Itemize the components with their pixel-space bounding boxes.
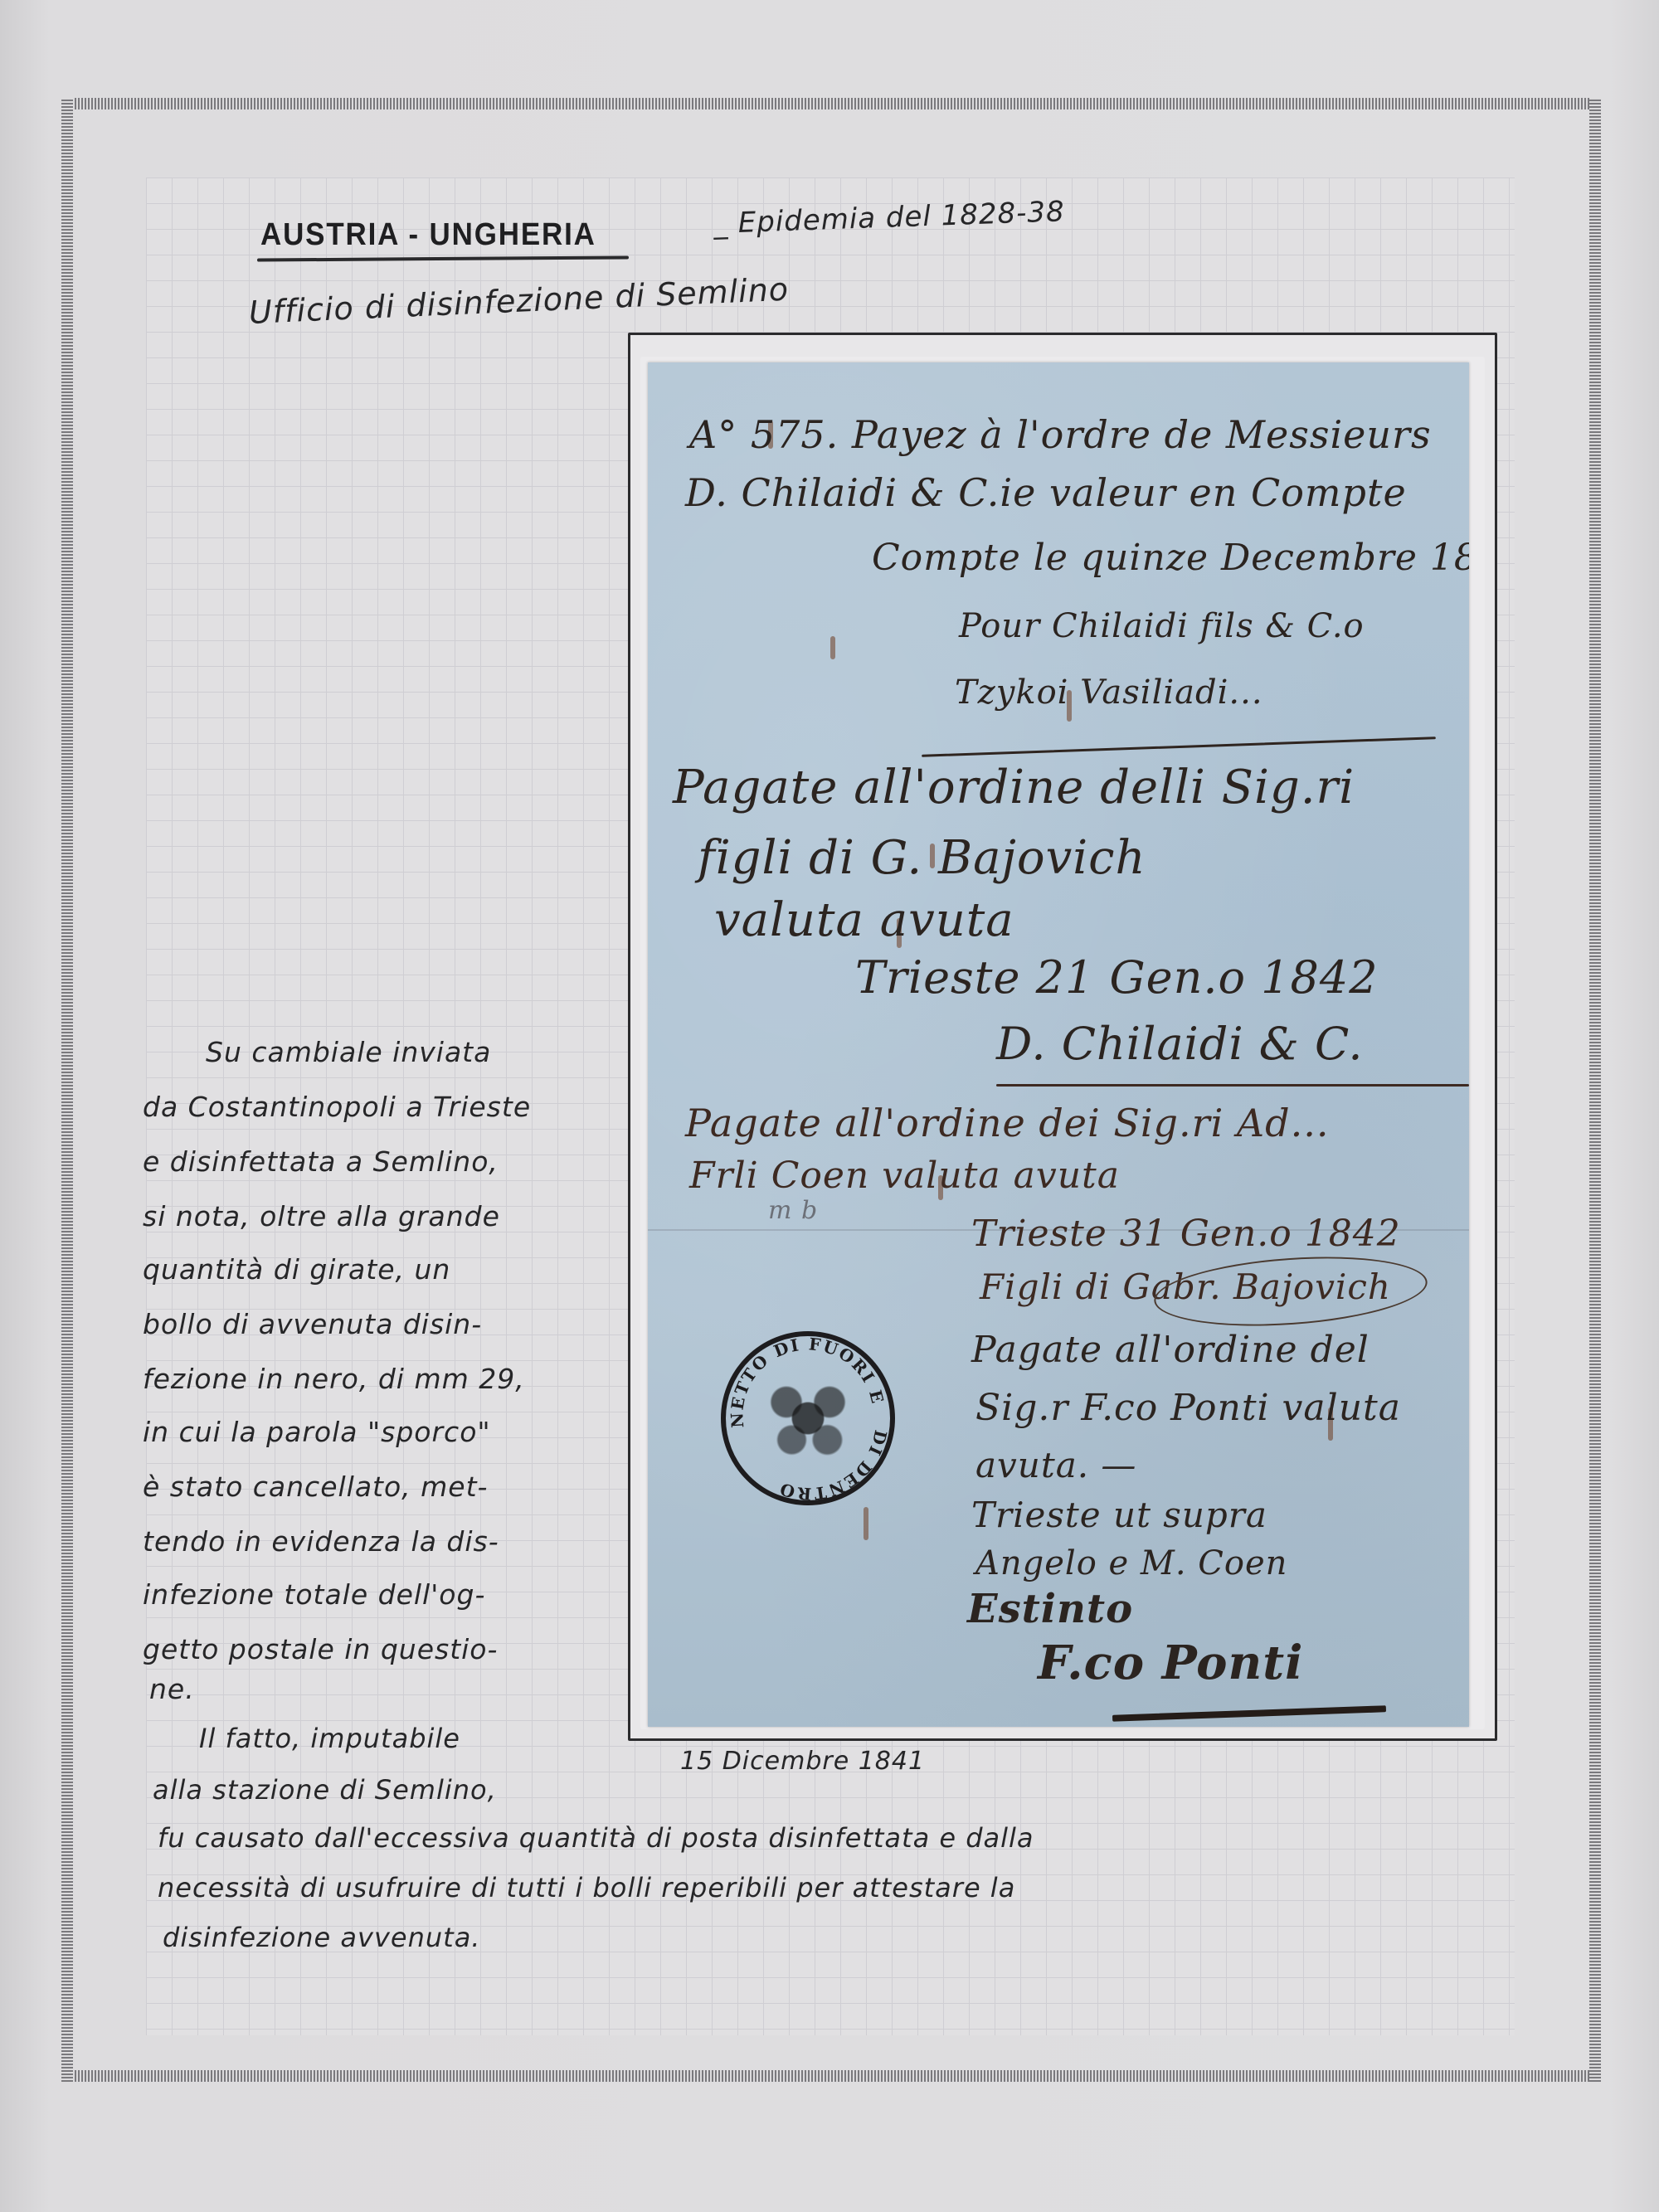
pencil-note: m b — [768, 1196, 818, 1225]
signature-stroke — [1112, 1705, 1386, 1722]
endorsement-3-line-1: Pagate all'ordine dei Sig.ri Ad... — [685, 1101, 1329, 1145]
description-line: fezione in nero, di mm 29, — [143, 1365, 525, 1393]
description-line: quantità di girate, un — [143, 1256, 450, 1283]
frame-border-bottom — [61, 2070, 1601, 2082]
description-line: disinfezione avvenuta. — [163, 1924, 480, 1951]
description-line: Su cambiale inviata — [206, 1038, 491, 1066]
description-line: Il fatto, imputabile — [199, 1725, 460, 1752]
ink-stain — [864, 1507, 868, 1540]
description-line: getto postale in questio- — [143, 1636, 498, 1663]
flourish-line — [922, 737, 1436, 757]
document-date-caption: 15 Dicembre 1841 — [680, 1747, 925, 1776]
svg-text:DI DENTRO: DI DENTRO — [776, 1428, 890, 1500]
seal-text-bottom: DI DENTRO — [776, 1428, 890, 1500]
endorsement-1-line-1: A° 575. Payez à l'ordre de Messieurs — [689, 412, 1432, 457]
description-line: si nota, oltre alla grande — [143, 1203, 500, 1230]
endorsement-4-line-3: avuta. — — [975, 1445, 1136, 1485]
seal-text-ring: NETTO DI FUORI E DI DENTRO — [726, 1336, 890, 1500]
description-line: è stato cancellato, met- — [143, 1473, 488, 1500]
endorsement-1-line-2: D. Chilaidi & C.ie valeur en Compte — [685, 470, 1407, 515]
signature-underline — [996, 1084, 1469, 1087]
frame-border-right — [1589, 98, 1601, 2082]
description-line: da Costantinopoli a Trieste — [143, 1093, 531, 1121]
description-line: tendo in evidenza la dis- — [143, 1528, 499, 1555]
bill-of-exchange: A° 575. Payez à l'ordre de Messieurs D. … — [648, 362, 1469, 1727]
ink-stain — [830, 636, 835, 659]
endorsement-2-line-4: Trieste 21 Gen.o 1842 — [855, 951, 1379, 1004]
endorsement-4-line-6: Estinto — [967, 1586, 1133, 1632]
endorsement-1-line-4: Pour Chilaidi fils & C.o — [959, 607, 1365, 645]
frame-border-left — [61, 98, 73, 2082]
frame-border-top — [61, 98, 1601, 109]
endorsement-2-line-3: valuta avuta — [714, 893, 1014, 947]
endorsement-2-line-1: Pagate all'ordine delli Sig.ri — [673, 761, 1355, 814]
endorsement-1-line-5: Tzykoi Vasiliadi... — [955, 673, 1263, 712]
endorsement-1-line-3: Compte le quinze Decembre 1841 — [872, 537, 1469, 579]
page-title: AUSTRIA - UNGHERIA — [260, 217, 596, 253]
disinfection-seal: NETTO DI FUORI E DI DENTRO — [721, 1331, 895, 1505]
endorsement-4-line-5: Angelo e M. Coen — [975, 1544, 1287, 1582]
endorsement-4-signature: F.co Ponti — [1038, 1636, 1303, 1690]
signature-oval — [1152, 1249, 1430, 1334]
description-line: in cui la parola "sporco" — [143, 1418, 491, 1446]
description-line: ne. — [149, 1675, 195, 1703]
description-line: bollo di avvenuta disin- — [143, 1310, 482, 1338]
description-line: fu causato dall'eccessiva quantità di po… — [158, 1825, 1034, 1851]
svg-text:NETTO DI FUORI E: NETTO DI FUORI E — [727, 1336, 888, 1428]
endorsement-4-line-2: Sig.r F.co Ponti valuta — [975, 1387, 1401, 1429]
endorsement-2-line-5: D. Chilaidi & C. — [996, 1018, 1364, 1070]
endorsement-3-line-3: Trieste 31 Gen.o 1842 — [971, 1213, 1401, 1255]
endorsement-3-line-2: Frli Coen valuta avuta — [689, 1155, 1120, 1197]
description-line: e disinfettata a Semlino, — [143, 1148, 499, 1175]
endorsement-2-line-2: figli di G. Bajovich — [698, 831, 1146, 885]
endorsement-4-line-1: Pagate all'ordine del — [971, 1329, 1370, 1371]
description-line: infezione totale dell'og- — [143, 1581, 485, 1608]
description-line: necessità di usufruire di tutti i bolli … — [158, 1874, 1015, 1901]
seal-text-top: NETTO DI FUORI E — [727, 1336, 888, 1428]
description-line: alla stazione di Semlino, — [153, 1777, 497, 1803]
endorsement-4-line-4: Trieste ut supra — [971, 1495, 1267, 1535]
